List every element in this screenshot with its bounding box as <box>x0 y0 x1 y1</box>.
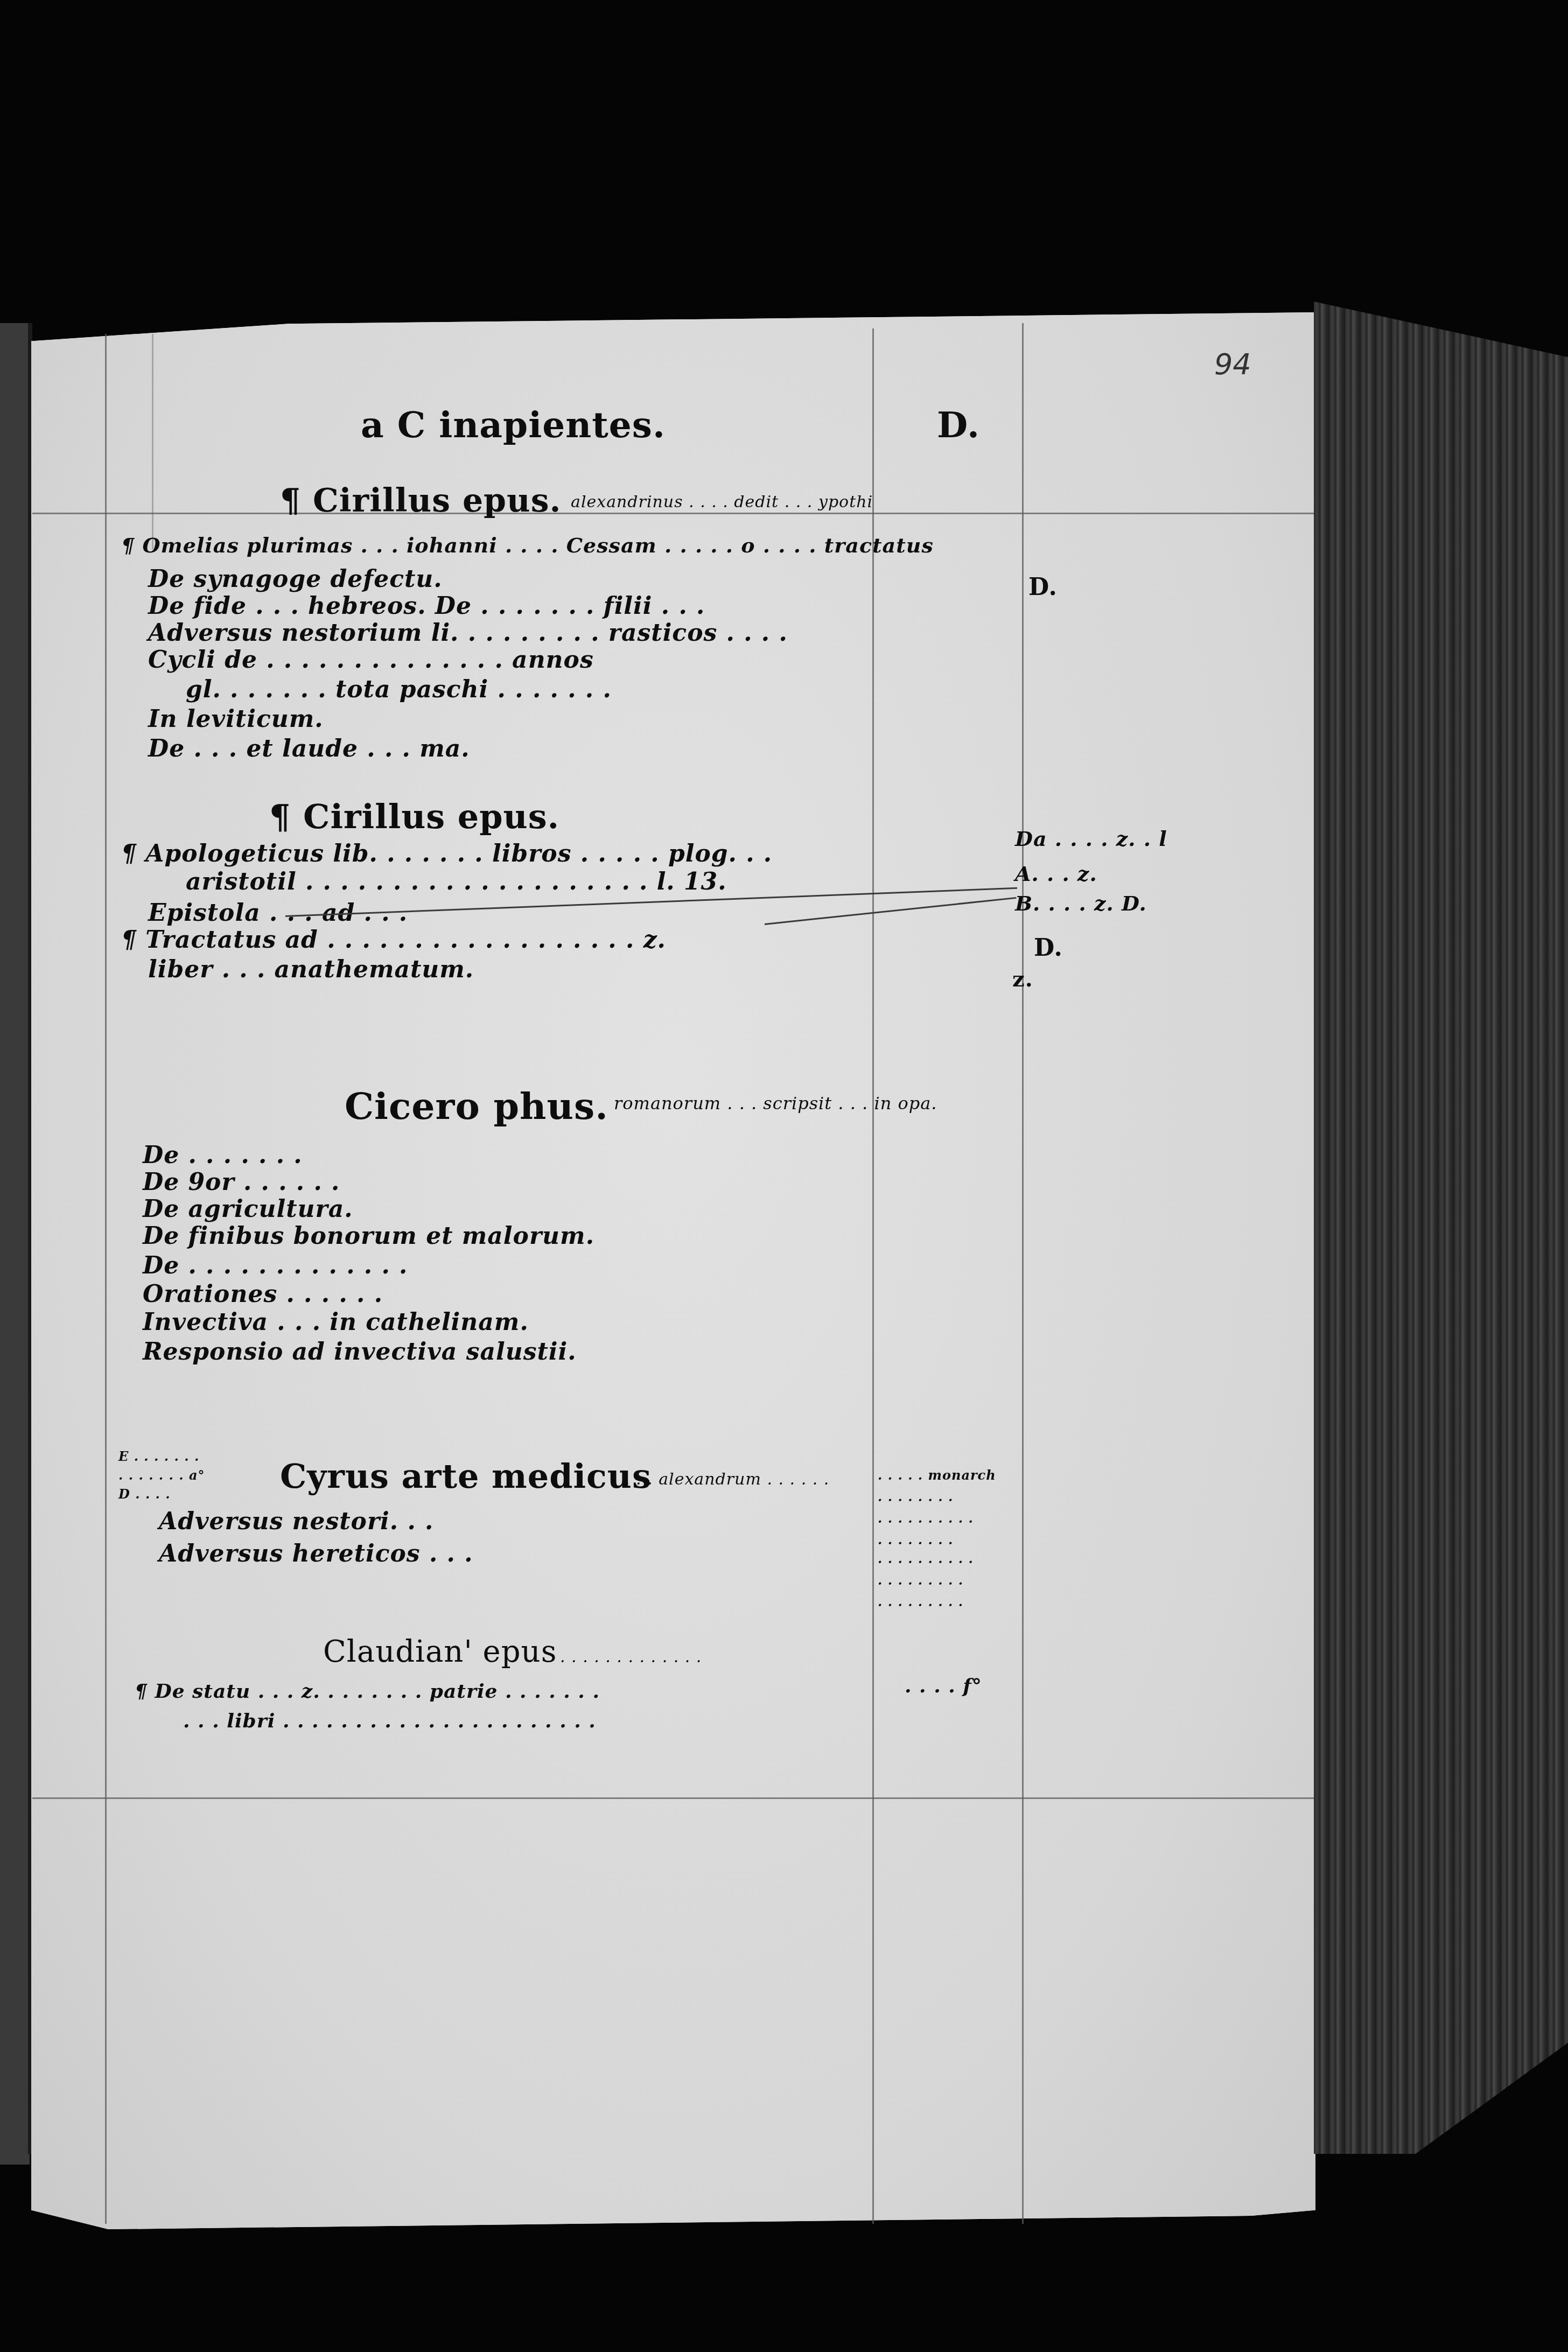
entry: Responsio ad invectiva salustii. <box>143 1338 577 1366</box>
facing-leaf-edge <box>0 323 30 2165</box>
left-note: E . . . . . . . <box>118 1448 199 1464</box>
entry: De fide . . . hebreos. De . . . . . . . … <box>148 592 705 620</box>
section-heading: ¶ Cirillus epus. <box>280 482 561 520</box>
section-heading: Cyrus arte medicus <box>280 1457 652 1496</box>
entry: De agricultura. <box>143 1195 353 1223</box>
right-note: . . . . . . . . . <box>878 1594 963 1609</box>
entry: Adversus nestori. . . <box>159 1508 433 1535</box>
ruling-top <box>32 513 1314 514</box>
running-header-title: a C inapientes. <box>361 404 666 446</box>
entry: De . . . . . . . . . . . . . <box>143 1252 408 1279</box>
entry: De finibus bonorum et malorum. <box>143 1222 594 1250</box>
entry: gl. . . . . . . tota paschi . . . . . . … <box>186 676 612 703</box>
left-note: . . . . . . . a° <box>118 1467 205 1483</box>
ruling-left-inner <box>152 334 153 549</box>
entry: ¶ Tractatus ad . . . . . . . . . . . . .… <box>121 926 666 954</box>
entry: Adversus nestorium li. . . . . . . . . r… <box>148 619 788 647</box>
ruling-left <box>105 334 107 2224</box>
entry: ¶ Omelias plurimas . . . iohanni . . . .… <box>121 533 934 557</box>
entry: . . . libri . . . . . . . . . . . . . . … <box>183 1710 596 1732</box>
entry: De . . . . . . . <box>143 1142 303 1169</box>
ruling-right <box>1022 323 1024 2224</box>
margin-mark: . . . . f° <box>905 1675 982 1697</box>
entry: In leviticum. <box>148 705 324 733</box>
section-gloss: romanorum . . . scripsit . . . in opa. <box>614 1093 1055 1114</box>
left-note: D . . . . <box>118 1486 171 1502</box>
margin-mark: z. <box>1012 967 1033 992</box>
margin-mark: D. <box>1028 573 1058 601</box>
margin-mark: B. . . . z. D. <box>1015 891 1147 915</box>
right-note: . . . . . . . . . . <box>878 1551 974 1566</box>
ruling-middle <box>872 328 874 2224</box>
section-gloss: . . . . . . . . . . . . . <box>560 1648 702 1667</box>
margin-mark: D. <box>1034 934 1063 962</box>
right-note: . . . . . . . . <box>878 1489 953 1504</box>
right-note: . . . . . . . . . <box>878 1572 963 1588</box>
entry: Cycli de . . . . . . . . . . . . . . ann… <box>148 646 594 674</box>
entry: De synagoge defectu. <box>148 565 443 593</box>
entry: De . . . et laude . . . ma. <box>148 735 470 762</box>
entry: ¶ Apologeticus lib. . . . . . . libros .… <box>121 840 772 867</box>
section-gloss: alexandrinus . . . . dedit . . . ypothi <box>571 493 873 512</box>
right-note: . . . . . . . . <box>878 1532 953 1548</box>
right-note: . . . . . . . . . . <box>878 1510 974 1526</box>
ruling-bottom <box>32 1797 1314 1799</box>
entry: liber . . . anathematum. <box>148 956 474 983</box>
entry: De 9or . . . . . . <box>143 1168 340 1196</box>
entry: Adversus hereticos . . . <box>159 1540 473 1567</box>
section-heading: ¶ Cirillus epus. <box>269 797 559 836</box>
section-heading: Claudian' epus <box>323 1634 557 1669</box>
section-heading: Cicero phus. <box>345 1085 608 1128</box>
entry: ¶ De statu . . . z. . . . . . . . patrie… <box>135 1680 600 1703</box>
entry: aristotil . . . . . . . . . . . . . . . … <box>186 868 727 895</box>
folio-number: 94 <box>1214 347 1251 381</box>
section-gloss: . . . alexandrum . . . . . . <box>625 1470 829 1489</box>
book-fore-edge <box>1314 302 1568 2154</box>
right-note: . . . . . monarch <box>878 1467 996 1483</box>
entry: Invectiva . . . in cathelinam. <box>143 1308 529 1336</box>
margin-mark: Da . . . . z. . l <box>1015 827 1167 851</box>
margin-mark: A. . . z. <box>1015 862 1097 886</box>
entry: Orationes . . . . . . <box>143 1280 383 1308</box>
running-header-mark: D. <box>937 404 980 446</box>
